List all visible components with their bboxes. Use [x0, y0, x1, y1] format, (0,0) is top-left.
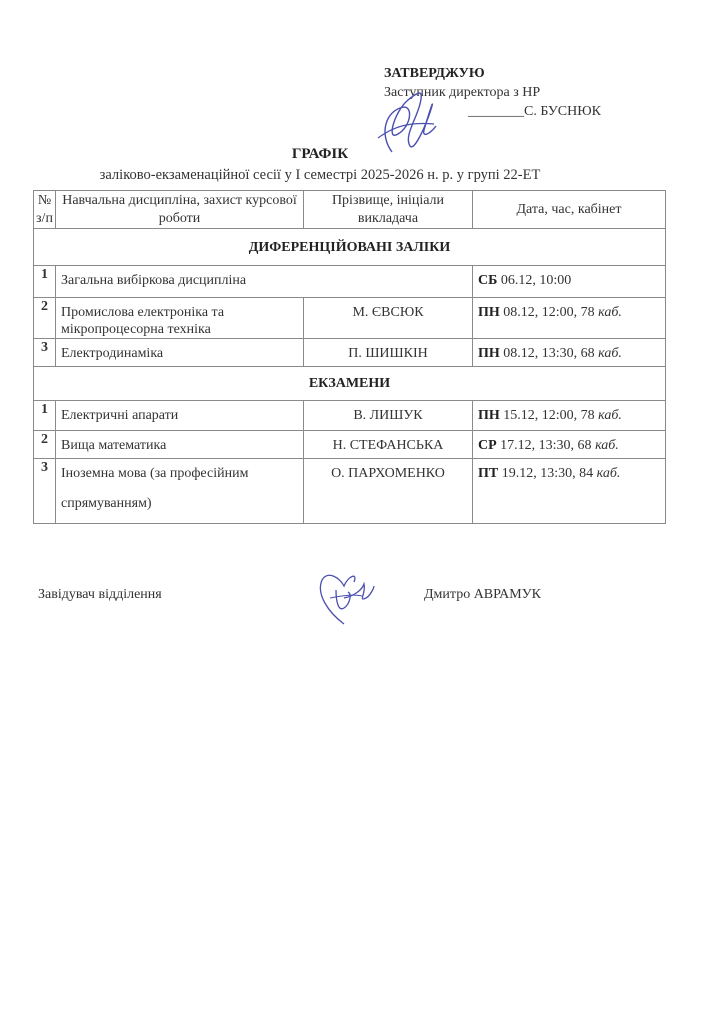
- teacher-cell: М. ЄВСЮК: [304, 298, 473, 339]
- table-row: 1Загальна вибіркова дисциплінаСБ 06.12, …: [34, 266, 666, 298]
- num-label-1: №: [38, 193, 51, 208]
- schedule-table: №з/п Навчальна дисципліна, захист курсов…: [33, 190, 666, 524]
- date-cell: ПН 15.12, 12:00, 78 каб.: [473, 401, 666, 431]
- document-title: ГРАФІК: [0, 146, 640, 163]
- teacher-cell: П. ШИШКІН: [304, 339, 473, 367]
- footer-name: Дмитро АВРАМУК: [424, 587, 541, 603]
- teacher-cell: Н. СТЕФАНСЬКА: [304, 431, 473, 459]
- weekday: СБ: [478, 273, 497, 288]
- discipline-cell: Загальна вибіркова дисципліна: [56, 266, 473, 298]
- discipline-cell: Вища математика: [56, 431, 304, 459]
- row-number: 1: [34, 266, 56, 298]
- document-subtitle: заліково-екзаменаційної сесії у I семест…: [0, 167, 640, 184]
- table-row: 3ЕлектродинамікаП. ШИШКІНПН 08.12, 13:30…: [34, 339, 666, 367]
- row-number: 2: [34, 431, 56, 459]
- table-row: 2Промислова електроніка та мікропроцесор…: [34, 298, 666, 339]
- room-label: каб.: [598, 346, 622, 361]
- column-header-num: №з/п: [34, 191, 56, 229]
- section-title: ЕКЗАМЕНИ: [34, 367, 666, 401]
- column-header-discipline: Навчальна дисципліна, захист курсової ро…: [56, 191, 304, 229]
- head-signature-icon: [314, 568, 376, 626]
- room-label: каб.: [598, 305, 622, 320]
- row-number: 2: [34, 298, 56, 339]
- section-title: ДИФЕРЕНЦІЙОВАНІ ЗАЛІКИ: [34, 229, 666, 266]
- weekday: ПН: [478, 408, 500, 423]
- approval-title: ЗАТВЕРДЖУЮ: [384, 64, 601, 83]
- datetime: 19.12, 13:30, 84: [502, 466, 593, 481]
- weekday: СР: [478, 438, 497, 453]
- weekday: ПН: [478, 305, 500, 320]
- row-number: 1: [34, 401, 56, 431]
- column-header-date: Дата, час, кабінет: [473, 191, 666, 229]
- room-label: каб.: [595, 438, 619, 453]
- date-cell: СР 17.12, 13:30, 68 каб.: [473, 431, 666, 459]
- teacher-cell: О. ПАРХОМЕНКО: [304, 459, 473, 524]
- date-cell: ПН 08.12, 12:00, 78 каб.: [473, 298, 666, 339]
- section-row: ЕКЗАМЕНИ: [34, 367, 666, 401]
- date-cell: ПН 08.12, 13:30, 68 каб.: [473, 339, 666, 367]
- date-cell: СБ 06.12, 10:00: [473, 266, 666, 298]
- datetime: 08.12, 13:30, 68: [503, 346, 594, 361]
- discipline-cell: Промислова електроніка та мікропроцесорн…: [56, 298, 304, 339]
- datetime: 15.12, 12:00, 78: [503, 408, 594, 423]
- weekday: ПТ: [478, 466, 498, 481]
- discipline-cell: Електродинаміка: [56, 339, 304, 367]
- row-number: 3: [34, 459, 56, 524]
- approval-signer-name: С. БУСНЮК: [524, 104, 601, 119]
- table-row: 3Іноземна мова (за професійним спрямуван…: [34, 459, 666, 524]
- table-header-row: №з/п Навчальна дисципліна, захист курсов…: [34, 191, 666, 229]
- room-label: каб.: [598, 408, 622, 423]
- num-label-2: з/п: [36, 211, 53, 226]
- weekday: ПН: [478, 346, 500, 361]
- table-row: 2Вища математикаН. СТЕФАНСЬКАСР 17.12, 1…: [34, 431, 666, 459]
- datetime: 08.12, 12:00, 78: [503, 305, 594, 320]
- row-number: 3: [34, 339, 56, 367]
- footer-position: Завідувач відділення: [38, 587, 162, 603]
- discipline-cell: Електричні апарати: [56, 401, 304, 431]
- table-row: 1Електричні апаратиВ. ЛИШУКПН 15.12, 12:…: [34, 401, 666, 431]
- datetime: 17.12, 13:30, 68: [500, 438, 591, 453]
- date-cell: ПТ 19.12, 13:30, 84 каб.: [473, 459, 666, 524]
- datetime: 06.12, 10:00: [501, 273, 571, 288]
- column-header-teacher: Прізвище, ініціали викладача: [304, 191, 473, 229]
- section-row: ДИФЕРЕНЦІЙОВАНІ ЗАЛІКИ: [34, 229, 666, 266]
- teacher-cell: В. ЛИШУК: [304, 401, 473, 431]
- room-label: каб.: [597, 466, 621, 481]
- discipline-cell: Іноземна мова (за професійним спрямуванн…: [56, 459, 304, 524]
